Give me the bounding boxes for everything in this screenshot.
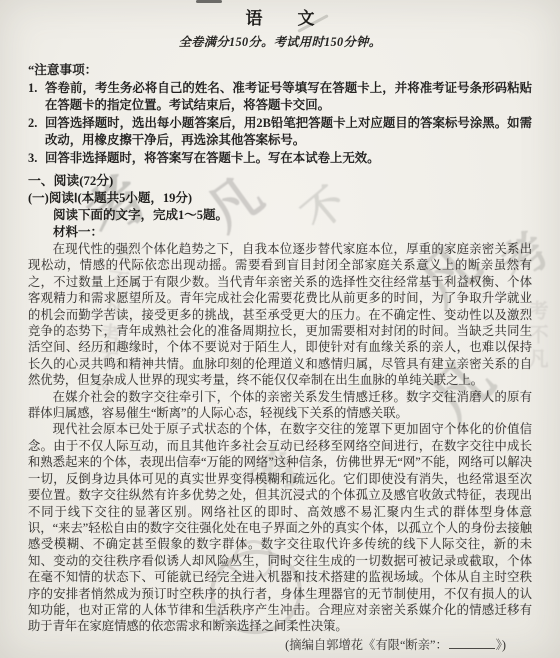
notice-item: 1. 答卷前，考生务必将自己的姓名、准考证号等填写在答题卡上，并将准考证号条形码… (28, 80, 532, 115)
notice-section: “注意事项： 1. 答卷前，考生务必将自己的姓名、准考证号等填写在答题卡上，并将… (28, 62, 532, 167)
source-attribution: (摘编自郭增花《有限“断亲”：》) (28, 637, 532, 654)
material-paragraph-3: 现代社会原本已处于原子式状态的个体，在数字交往的笼罩下更加固守个体化的价值信念。… (28, 421, 532, 634)
reading-instruction: 阅读下面的文字，完成1～5题。 (53, 207, 532, 224)
material-one-label: 材料一： (53, 224, 532, 241)
notice-item-text: 回答选择题时，选出每小题答案后，用2B铅笔把答题卡上对应题目的答案标号涂黑。如需… (45, 115, 532, 150)
notice-item-number: 1. (28, 80, 45, 115)
page-content: 语 文 全卷满分150分。考试用时150分钟。 “注意事项： 1. 答卷前，考生… (0, 0, 560, 654)
notice-item-number: 3. (28, 150, 45, 168)
notice-item-text: 答卷前，考生务必将自己的姓名、准考证号等填写在答题卡上，并将准考证号条形码粘贴在… (45, 80, 532, 115)
paper-title: 语 文 (28, 8, 532, 30)
scan-artifact-top (196, 0, 222, 3)
notice-item-text: 回答非选择题时，将答案写在答题卡上。写在本试卷上无效。 (45, 150, 532, 168)
source-blank-line (449, 647, 495, 649)
notice-item-number: 2. (28, 115, 45, 150)
subsection-heading-reading-1: (一)阅读Ⅰ(本题共5小题，19分) (28, 190, 532, 207)
source-attribution-prefix: (摘编自郭增花《有限“断亲”： (285, 638, 448, 652)
notice-header: “注意事项： (28, 62, 532, 80)
notice-item: 3. 回答非选择题时，将答案写在答题卡上。写在本试卷上无效。 (28, 150, 532, 168)
source-attribution-suffix: 》) (496, 638, 506, 652)
exam-paper-page: 考 凡 不 凡 考 凡 考 考不凡考不凡 考不凡 语 文 全卷满分150分。考试… (0, 0, 560, 658)
paper-subtitle: 全卷满分150分。考试用时150分钟。 (28, 33, 532, 51)
section-heading-reading: 一、阅读(72分) (28, 173, 532, 190)
notice-item: 2. 回答选择题时，选出每小题答案后，用2B铅笔把答题卡上对应题目的答案标号涂黑… (28, 115, 532, 150)
material-paragraph-1: 在现代性的强烈个体化趋势之下，自我本位逐步替代家庭本位，厚重的家庭亲密关系出现松… (28, 241, 532, 389)
material-paragraph-2: 在媒介社会的数字交往牵引下，个体的亲密关系发生情感迁移。数字交往消磨人的原有群体… (28, 389, 532, 422)
